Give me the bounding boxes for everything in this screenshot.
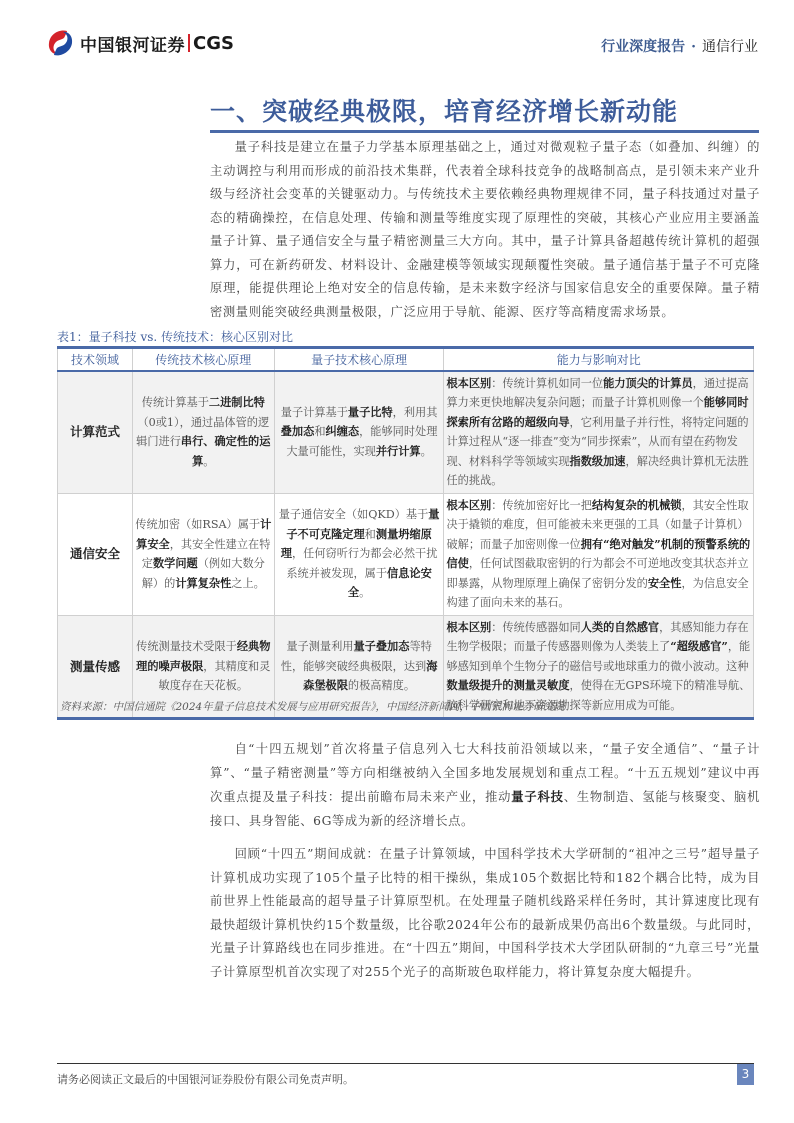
column-header: 量子技术核心原理: [274, 348, 444, 371]
column-header: 能力与影响对比: [444, 348, 754, 371]
impact-cell: 根本区别：传统加密好比一把结构复杂的机械锁，其安全性取决于撬锁的难度，但可能被未…: [444, 493, 754, 615]
report-type-label: 行业深度报告: [601, 39, 685, 55]
domain-cell: 通信安全: [58, 493, 133, 615]
paragraph-emphasis: 量子科技: [511, 789, 563, 804]
domain-cell: 计算范式: [58, 371, 133, 494]
report-category: 行业深度报告·通信行业: [601, 36, 758, 56]
policy-paragraph: 自“十四五规划”首次将量子信息列入七大科技前沿领域以来，“量子安全通信”、“量子…: [210, 738, 760, 833]
impact-cell: 根本区别：传统计算机如同一位能力顶尖的计算员，通过提高算力来更快地解决复杂问题；…: [444, 371, 754, 494]
table-caption: 表1：量子科技 vs. 传统技术：核心区别对比: [57, 328, 293, 345]
logo-separator: [188, 34, 190, 52]
column-header: 传统技术核心原理: [132, 348, 274, 371]
quantum-cell: 量子计算基于量子比特，利用其叠加态和纠缠态，能够同时处理大量可能性，实现并行计算…: [274, 371, 444, 494]
table-row: 计算范式 传统计算基于二进制比特（0或1），通过晶体管的逻辑门进行串行、确定性的…: [58, 371, 754, 494]
company-abbr: CGS: [193, 33, 234, 54]
table-source: 资料来源：中国信通院《2024年量子信息技术发展与应用研究报告》，中国经济新闻网…: [60, 699, 564, 714]
footer-divider: [57, 1063, 754, 1064]
section-title: 一、突破经典极限，培育经济增长新动能: [210, 92, 678, 128]
industry-label: 通信行业: [702, 39, 758, 55]
company-logo: 中国银河证券 CGS: [45, 28, 234, 58]
table-row: 通信安全 传统加密（如RSA）属于计算安全，其安全性建立在特定数学问题（例如大数…: [58, 493, 754, 615]
comparison-table: 技术领域 传统技术核心原理 量子技术核心原理 能力与影响对比 计算范式 传统计算…: [57, 346, 754, 720]
traditional-cell: 传统计算基于二进制比特（0或1），通过晶体管的逻辑门进行串行、确定性的运算。: [132, 371, 274, 494]
page-number-badge: 3: [737, 1064, 754, 1085]
page-header: 中国银河证券 CGS 行业深度报告·通信行业: [45, 28, 758, 62]
company-name: 中国银河证券: [80, 31, 185, 56]
header-separator: ·: [691, 39, 696, 55]
column-header: 技术领域: [58, 348, 133, 371]
title-divider: [210, 130, 759, 133]
intro-paragraph: 量子科技是建立在量子力学基本原理基础之上，通过对微观粒子量子态（如叠加、纠缠）的…: [210, 136, 760, 324]
quantum-cell: 量子通信安全（如QKD）基于量子不可克隆定理和测量坍缩原理，任何窃听行为都会必然…: [274, 493, 444, 615]
traditional-cell: 传统加密（如RSA）属于计算安全，其安全性建立在特定数学问题（例如大数分解）的计…: [132, 493, 274, 615]
achievements-paragraph: 回顾“十四五”期间成就：在量子计算领域，中国科学技术大学研制的“祖冲之三号”超导…: [210, 843, 760, 984]
cgs-logo-icon: [45, 28, 75, 58]
table-header-row: 技术领域 传统技术核心原理 量子技术核心原理 能力与影响对比: [58, 348, 754, 371]
footer-disclaimer: 请务必阅读正文最后的中国银河证券股份有限公司免责声明。: [57, 1071, 354, 1087]
